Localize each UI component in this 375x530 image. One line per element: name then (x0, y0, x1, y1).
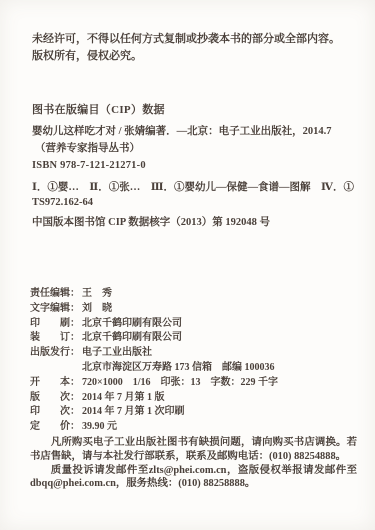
row-value: 720×1000 1/16 印张：13 字数：229 千字 (82, 376, 278, 391)
cip-block: 婴幼儿这样吃才对 / 张婧编著．—北京：电子工业出版社，2014.7 （营养专家… (32, 123, 357, 230)
colophon-row-format: 开 本： 720×1000 1/16 印张：13 字数：229 千字 (30, 376, 359, 391)
copyright-notice-line-1: 未经许可，不得以任何方式复制或抄袭本书的部分或全部内容。 (32, 31, 353, 48)
colophon-row-printer: 印 刷： 北京千鹤印刷有限公司 (30, 317, 359, 332)
row-value: 北京市海淀区万寿路 173 信箱 邮编 100036 (82, 361, 275, 376)
colophon-row-price: 定 价： 39.90 元 (30, 420, 359, 435)
copyright-notice-line-2: 版权所有，侵权必究。 (32, 48, 353, 65)
row-label: 出版发行： (30, 346, 82, 361)
row-label (30, 361, 82, 376)
cip-record-line: 中国版本图书馆 CIP 数据核字（2013）第 192048 号 (32, 215, 357, 230)
row-label: 开 本： (30, 376, 82, 391)
purchase-exchange-notice: 凡所购买电子工业出版社图书有缺损问题，请向购买书店调换。若书店售缺，请与本社发行… (30, 436, 357, 464)
row-value: 北京千鹤印刷有限公司 (82, 317, 182, 332)
row-label: 文字编辑： (30, 302, 82, 317)
colophon-block: 责任编辑： 王 秀 文字编辑： 刘 晓 印 刷： 北京千鹤印刷有限公司 装 订：… (30, 287, 359, 435)
row-label: 定 价： (30, 420, 82, 435)
cip-header: 图书在版编目（CIP）数据 (32, 101, 165, 117)
colophon-row-publisher: 出版发行： 电子工业出版社 (30, 346, 359, 361)
row-label: 装 订： (30, 331, 82, 346)
row-value: 王 秀 (82, 287, 112, 302)
colophon-row-binder: 装 订： 北京千鹤印刷有限公司 (30, 331, 359, 346)
copyright-notice: 未经许可，不得以任何方式复制或抄袭本书的部分或全部内容。 版权所有，侵权必究。 (32, 31, 353, 65)
colophon-row-edition: 版 次： 2014 年 7 月第 1 版 (30, 391, 359, 406)
colophon-row-impression: 印 次： 2014 年 7 月第 1 次印刷 (30, 405, 359, 420)
row-label: 印 次： (30, 405, 82, 420)
book-title-line: 婴幼儿这样吃才对 / 张婧编著．—北京：电子工业出版社，2014.7 (32, 123, 357, 140)
row-label: 印 刷： (30, 317, 82, 332)
colophon-row-text-editor: 文字编辑： 刘 晓 (30, 302, 359, 317)
row-value: 电子工业出版社 (82, 346, 152, 361)
colophon-row-address: 北京市海淀区万寿路 173 信箱 邮编 100036 (30, 361, 359, 376)
service-notice: 凡所购买电子工业出版社图书有缺损问题，请向购买书店调换。若书店售缺，请与本社发行… (30, 436, 357, 491)
classification-line: Ⅰ．①婴… Ⅱ．①张… Ⅲ．①婴幼儿—保健—食谱—图解 Ⅳ．① TS972.16… (32, 180, 357, 210)
row-label: 责任编辑： (30, 287, 82, 302)
colophon-row-editor: 责任编辑： 王 秀 (30, 287, 359, 302)
row-value: 2014 年 7 月第 1 次印刷 (82, 405, 185, 420)
isbn-line: ISBN 978-7-121-21271-0 (32, 158, 357, 174)
series-line: （营养专家指导丛书） (32, 140, 357, 157)
row-value: 刘 晓 (82, 302, 112, 317)
row-value: 2014 年 7 月第 1 版 (82, 391, 165, 406)
copyright-page: 未经许可，不得以任何方式复制或抄袭本书的部分或全部内容。 版权所有，侵权必究。 … (0, 0, 375, 530)
row-value: 北京千鹤印刷有限公司 (82, 331, 182, 346)
row-value: 39.90 元 (82, 420, 117, 435)
row-label: 版 次： (30, 391, 82, 406)
complaint-contact-notice: 质量投诉请发邮件至zlts@phei.com.cn，盗版侵权举报请发邮件至dbq… (30, 464, 357, 492)
